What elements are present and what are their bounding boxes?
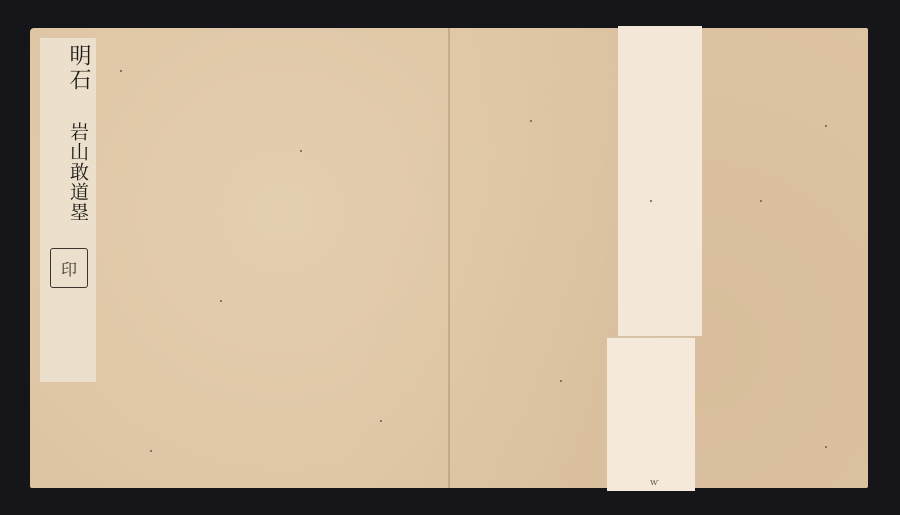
- wrap-band-upper: [618, 26, 702, 336]
- paper-fiber: [760, 200, 762, 202]
- paper-fiber: [150, 450, 152, 452]
- seal-stamp-icon: 印: [50, 248, 88, 288]
- author-inscription: 岩山敢道塁: [68, 122, 88, 222]
- paper-fiber: [650, 200, 652, 202]
- paper-fiber: [560, 380, 562, 382]
- seal-glyph: 印: [61, 257, 77, 280]
- paper-fiber: [530, 120, 532, 122]
- paper-fiber: [380, 420, 382, 422]
- wrap-band-lower: [607, 337, 695, 491]
- paper-fiber: [300, 150, 302, 152]
- book-title: 明石: [66, 44, 90, 92]
- paper-fiber: [825, 125, 827, 127]
- paper-fiber: [120, 70, 122, 72]
- paper-fiber: [825, 446, 827, 448]
- center-fold-line: [448, 28, 450, 488]
- band-mark: ⱳ: [650, 478, 658, 488]
- paper-fiber: [220, 300, 222, 302]
